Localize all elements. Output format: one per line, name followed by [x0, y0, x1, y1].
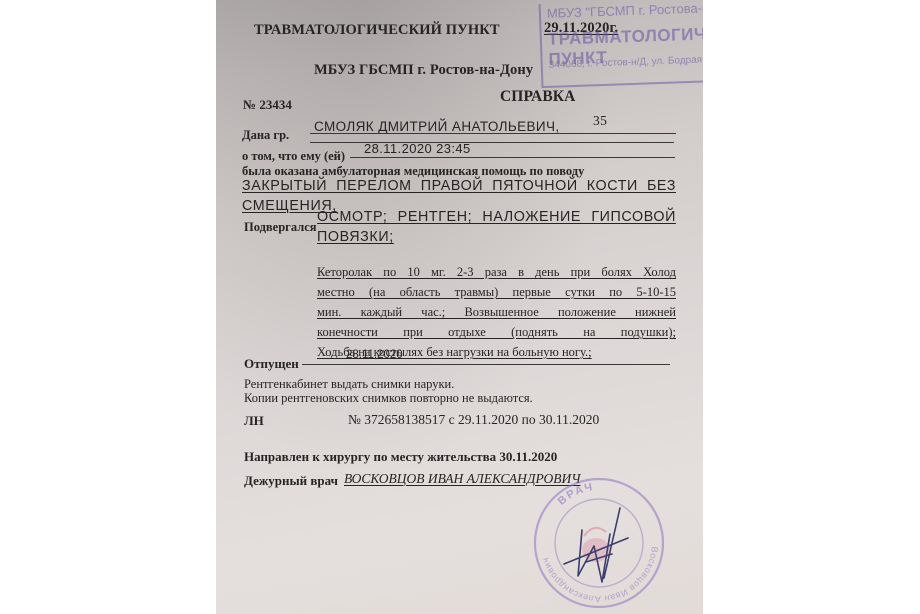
recommendation-line: Кеторолак по 10 мг. 2-3 раза в день при … — [317, 262, 676, 282]
visit-datetime-line — [350, 157, 675, 158]
svg-text:ВРАЧ: ВРАЧ — [556, 481, 595, 508]
stamp-line-1: МБУЗ "ГБСМП г. Ростова-н/Д" — [547, 0, 703, 21]
institution-stamp: МБУЗ "ГБСМП г. Ростова-н/Д" ТРАВМАТОЛОГИ… — [539, 0, 703, 88]
patient-name: СМОЛЯК ДМИТРИЙ АНАТОЛЬЕВИЧ, — [314, 119, 560, 134]
procedures-label: Подвергался — [244, 220, 317, 235]
xray-note-2: Копии рентгеновских снимков повторно не … — [244, 391, 533, 406]
recommendation-line: местно (на область травмы) первые сутки … — [317, 282, 676, 302]
referral: Направлен к хирургу по месту жительства … — [244, 449, 557, 465]
procedures-line: ПОВЯЗКИ; — [317, 227, 676, 247]
recommendations: Кеторолак по 10 мг. 2-3 раза в день при … — [317, 262, 676, 362]
sick-leave-value: № 372658138517 с 29.11.2020 по 30.11.202… — [348, 412, 599, 428]
discharged-label: Отпущен — [244, 356, 299, 372]
patient-age: 35 — [593, 113, 607, 129]
certificate-number: № 23434 — [243, 97, 292, 113]
recommendation-line: мин. каждый час.; Возвышенное положение … — [317, 302, 676, 322]
recommendation-line: конечности при отдыхе (поднять на подушк… — [317, 322, 676, 342]
header-title: ТРАВМАТОЛОГИЧЕСКИЙ ПУНКТ — [254, 22, 500, 39]
institution-name: МБУЗ ГБСМП г. Ростов-на-Дону — [314, 62, 533, 79]
certificate-title: СПРАВКА — [500, 88, 575, 106]
about-label: о том, что ему (ей) — [242, 149, 345, 164]
patient-name-line — [310, 133, 676, 134]
procedures-line: ОСМОТР; РЕНТГЕН; НАЛОЖЕНИЕ ГИПСОВОЙ — [317, 207, 676, 227]
diagnosis-line: ЗАКРЫТЫЙ ПЕРЕЛОМ ПРАВОЙ ПЯТОЧНОЙ КОСТИ Б… — [242, 176, 676, 196]
discharged-line — [302, 364, 670, 365]
sick-leave-label: ЛН — [244, 413, 264, 429]
visit-datetime: 28.11.2020 23:45 — [364, 141, 471, 156]
doctor-label: Дежурный врач — [244, 473, 338, 489]
stamp-round-top: ВРАЧ — [556, 481, 595, 508]
given-label: Дана гр. — [242, 128, 289, 143]
procedures: ОСМОТР; РЕНТГЕН; НАЛОЖЕНИЕ ГИПСОВОЙ ПОВЯ… — [317, 207, 676, 247]
discharged-date: 28.11.2020 — [346, 349, 403, 361]
doctor-stamp: ВРАЧ Восковцов Иван Александрович — [524, 468, 674, 614]
medical-certificate-paper: ТРАВМАТОЛОГИЧЕСКИЙ ПУНКТ 29.11.2020г. МБ… — [216, 0, 703, 614]
xray-note-1: Рентгенкабинет выдать снимки наруки. — [244, 377, 454, 392]
